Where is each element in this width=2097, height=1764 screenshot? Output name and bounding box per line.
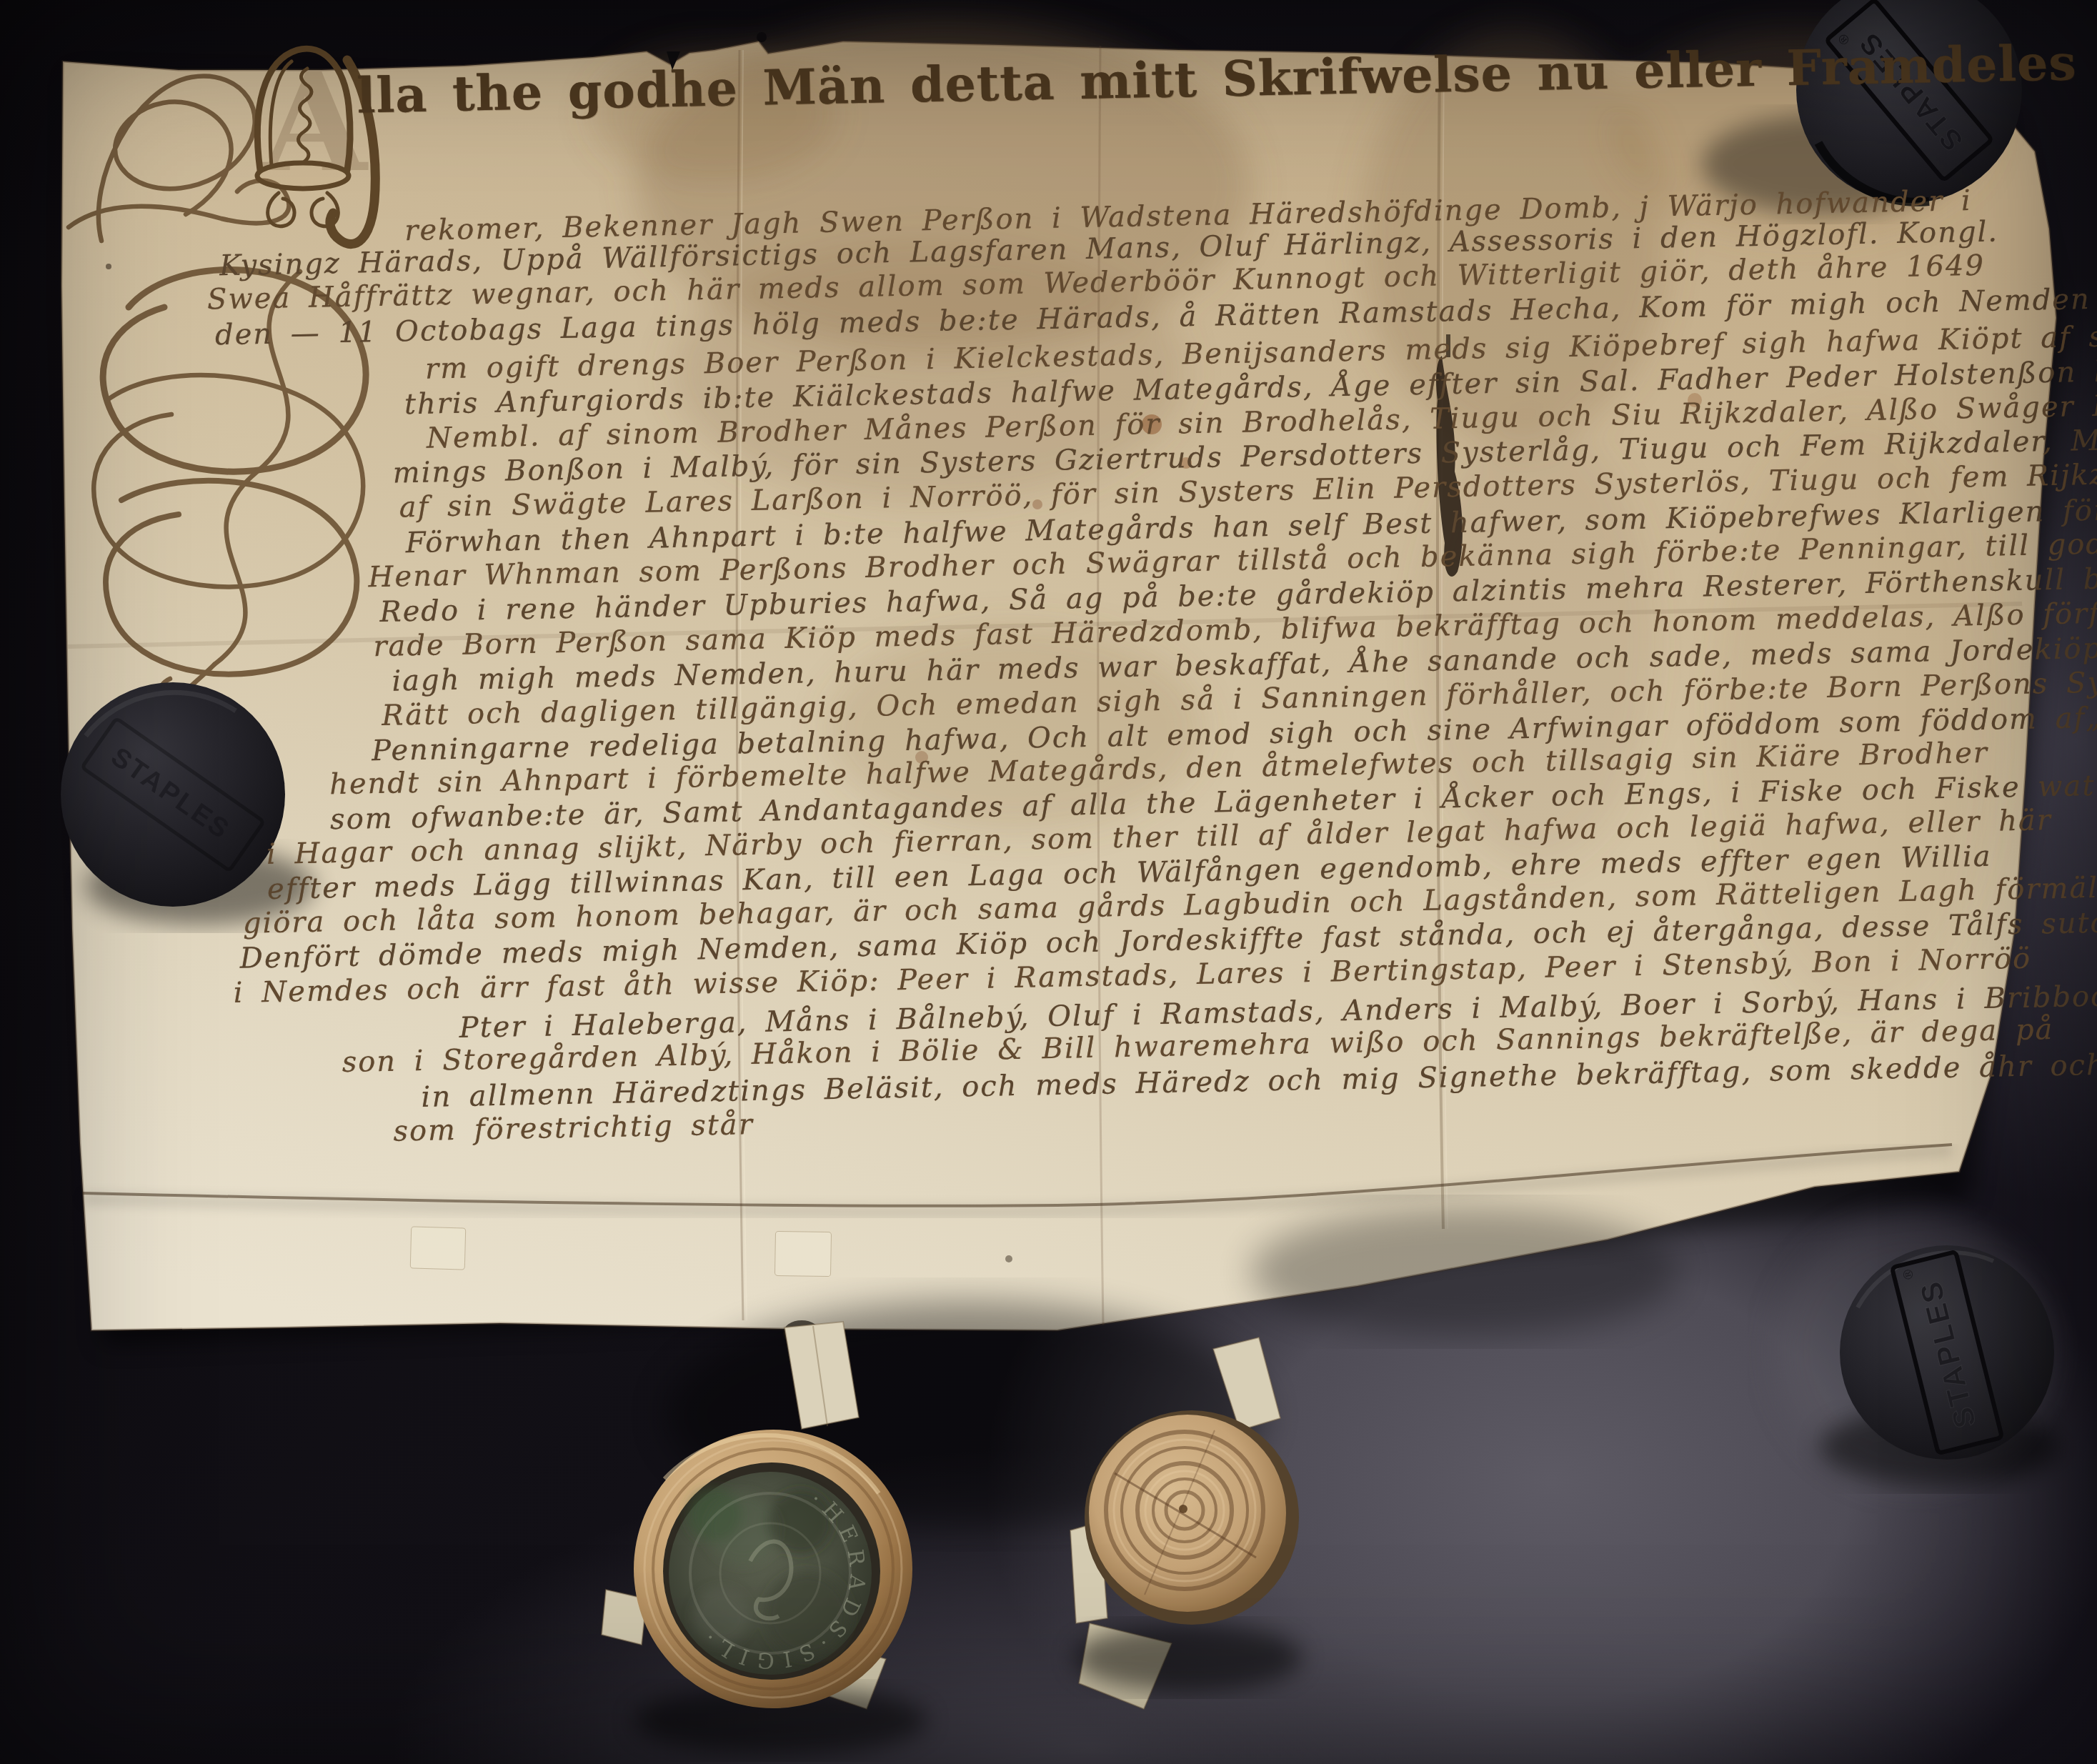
parchment-speck <box>1005 1255 1012 1262</box>
parchment-speck <box>106 264 111 269</box>
staples-puck-bottom-right: STAPLES ® <box>1775 1215 2060 1486</box>
right-seal <box>1073 1410 1302 1692</box>
parchment-hole <box>757 32 767 42</box>
seal-area-shadow <box>1250 1207 1679 1336</box>
ink-drip <box>1446 334 1450 357</box>
manuscript-photo-graphics: A <box>0 0 2097 1764</box>
photo-scene: A <box>0 0 2097 1764</box>
